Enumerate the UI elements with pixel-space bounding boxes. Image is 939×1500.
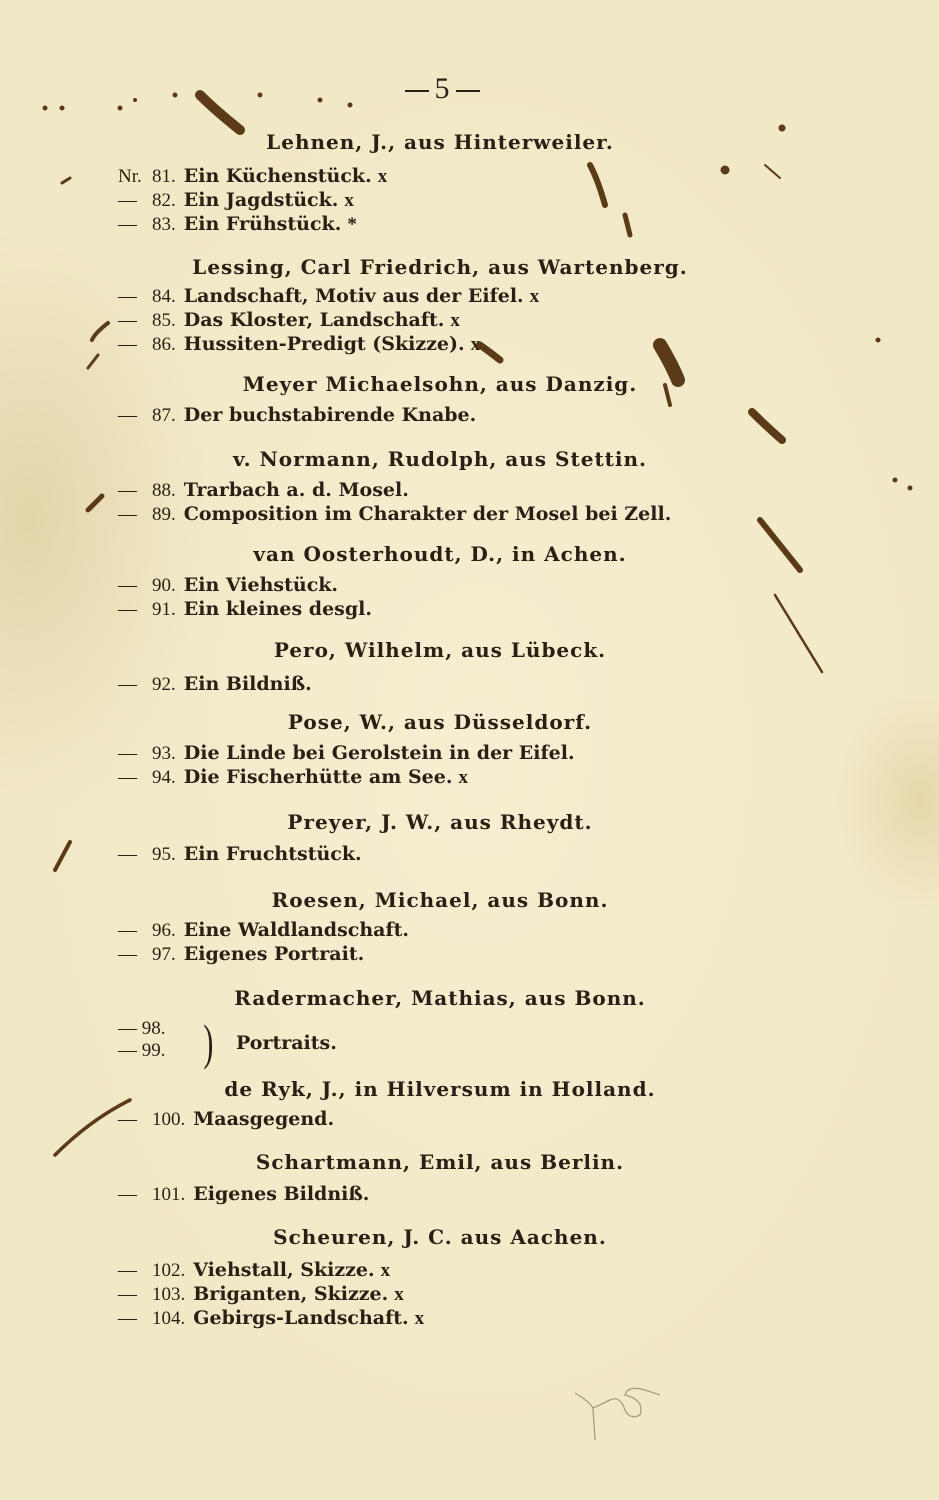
entry-number: 101. [152, 1184, 185, 1205]
entry-mark: x [381, 1260, 391, 1281]
entry-title: Das Kloster, Landschaft. [184, 309, 445, 331]
entry-prefix: — [118, 190, 152, 212]
catalog-entry: —91.Ein kleines desgl. [118, 598, 372, 621]
entry-mark: x [344, 190, 354, 211]
entry-title: Ein Jagdstück. [184, 189, 339, 211]
artist-heading: Schartmann, Emil, aus Berlin. [120, 1150, 760, 1174]
artist-heading: Pose, W., aus Düsseldorf. [120, 710, 760, 734]
entry-title: Trarbach a. d. Mosel. [184, 479, 409, 501]
entry-prefix: — [118, 1284, 152, 1306]
entry-number: 95. [152, 844, 176, 865]
entry-prefix: — [118, 1109, 152, 1131]
artist-heading: de Ryk, J., in Hilversum in Holland. [120, 1077, 760, 1101]
entry-mark: x [394, 1284, 404, 1305]
entry-prefix: — [118, 1184, 152, 1206]
entry-number: 100. [152, 1109, 185, 1130]
entry-number: 102. [152, 1260, 185, 1281]
catalog-entry: Nr.81.Ein Küchenstück.x [118, 165, 387, 188]
catalog-entry: —103.Briganten, Skizze.x [118, 1283, 404, 1306]
entry-title: Landschaft, Motiv aus der Eifel. [184, 285, 524, 307]
entry-mark: x [450, 310, 460, 331]
entry-number: 84. [152, 286, 176, 307]
entry-prefix: — [118, 1260, 152, 1282]
catalog-entry: —96.Eine Waldlandschaft. [118, 919, 409, 942]
entry-title: Hussiten-Predigt (Skizze). [184, 333, 465, 355]
entry-number: 88. [152, 480, 176, 501]
entry-number: 82. [152, 190, 176, 211]
entry-title: Viehstall, Skizze. [193, 1259, 374, 1281]
artist-heading: Lessing, Carl Friedrich, aus Wartenberg. [120, 255, 760, 279]
entry-prefix: — [118, 920, 152, 942]
artist-heading: van Oosterhoudt, D., in Achen. [120, 542, 760, 566]
entry-prefix: — [118, 310, 152, 332]
entry-mark: x [415, 1308, 425, 1329]
entry-number: 81. [152, 166, 176, 187]
entry-title: Eigenes Bildniß. [193, 1183, 369, 1205]
dash [405, 90, 429, 92]
catalog-entry: —85.Das Kloster, Landschaft.x [118, 309, 460, 332]
catalog-entry: —95.Ein Fruchtstück. [118, 843, 362, 866]
right-brace-icon: ) [203, 1014, 213, 1070]
page-number-value: 5 [435, 72, 450, 105]
artist-heading: Meyer Michaelsohn, aus Danzig. [120, 372, 760, 396]
entry-prefix: — [118, 767, 152, 789]
entry-number: — 99. [118, 1040, 166, 1062]
entry-number: 91. [152, 599, 176, 620]
catalog-entry: —86.Hussiten-Predigt (Skizze).x [118, 333, 480, 356]
entry-mark: x [530, 286, 540, 307]
entry-prefix: — [118, 334, 152, 356]
artist-heading: Pero, Wilhelm, aus Lübeck. [120, 638, 760, 662]
entry-prefix: — [118, 743, 152, 765]
entry-number: 92. [152, 674, 176, 695]
catalog-entry: —88.Trarbach a. d. Mosel. [118, 479, 409, 502]
catalog-entry: —82.Ein Jagdstück.x [118, 189, 354, 212]
entry-mark: x [378, 166, 388, 187]
entry-title: Die Fischerhütte am See. [184, 766, 453, 788]
entry-mark: x [458, 767, 468, 788]
entry-title: Maasgegend. [193, 1108, 334, 1130]
entry-title: Composition im Charakter der Mosel bei Z… [184, 503, 672, 525]
entry-prefix: — [118, 1308, 152, 1330]
entry-prefix: — [118, 405, 152, 427]
entry-prefix: — [118, 944, 152, 966]
catalog-entry: —94.Die Fischerhütte am See.x [118, 766, 468, 789]
artist-heading: v. Normann, Rudolph, aus Stettin. [120, 447, 760, 471]
entry-title: Ein Viehstück. [184, 574, 338, 596]
catalog-entry: —84.Landschaft, Motiv aus der Eifel.x [118, 285, 539, 308]
entry-mark: x [471, 334, 481, 355]
catalog-page: 5 Lehnen, J., aus Hinterweiler. Nr.81.Ei… [0, 0, 939, 1500]
dash [456, 90, 480, 92]
entry-prefix: Nr. [118, 166, 152, 188]
artist-heading: Roesen, Michael, aus Bonn. [120, 888, 760, 912]
entry-number: 87. [152, 405, 176, 426]
catalog-entry: —101.Eigenes Bildniß. [118, 1183, 369, 1206]
entry-number: 94. [152, 767, 176, 788]
entry-prefix: — [118, 674, 152, 696]
entry-title: Ein Bildniß. [184, 673, 312, 695]
artist-heading: Preyer, J. W., aus Rheydt. [120, 810, 760, 834]
entry-number: 85. [152, 310, 176, 331]
entry-prefix: — [118, 599, 152, 621]
entry-number: 83. [152, 214, 176, 235]
entry-number: 90. [152, 575, 176, 596]
entry-number: — 98. [118, 1018, 166, 1040]
artist-heading: Radermacher, Mathias, aus Bonn. [120, 986, 760, 1010]
entry-prefix: — [118, 214, 152, 236]
entry-title: Ein kleines desgl. [184, 598, 372, 620]
entry-title: Ein Frühstück. [184, 213, 342, 235]
entry-number: 97. [152, 944, 176, 965]
entry-prefix: — [118, 480, 152, 502]
catalog-entry: —90.Ein Viehstück. [118, 574, 338, 597]
entry-title: Gebirgs-Landschaft. [193, 1307, 408, 1329]
catalog-entry: —89.Composition im Charakter der Mosel b… [118, 503, 671, 526]
entry-title: Die Linde bei Gerolstein in der Eifel. [184, 742, 575, 764]
entry-number: 96. [152, 920, 176, 941]
entry-title: Portraits. [236, 1032, 337, 1054]
entry-number: 103. [152, 1284, 185, 1305]
catalog-entry: —100.Maasgegend. [118, 1108, 334, 1131]
catalog-entry: —102.Viehstall, Skizze.x [118, 1259, 390, 1282]
bracket-numbers: — 98. — 99. [118, 1018, 166, 1062]
entry-title: Briganten, Skizze. [193, 1283, 388, 1305]
entry-title: Eigenes Portrait. [184, 943, 364, 965]
entry-number: 93. [152, 743, 176, 764]
entry-prefix: — [118, 504, 152, 526]
catalog-entry: —87.Der buchstabirende Knabe. [118, 404, 476, 427]
catalog-entry: —92.Ein Bildniß. [118, 673, 312, 696]
entry-number: 89. [152, 504, 176, 525]
catalog-entry: —104.Gebirgs-Landschaft.x [118, 1307, 424, 1330]
entry-prefix: — [118, 844, 152, 866]
artist-heading: Lehnen, J., aus Hinterweiler. [120, 130, 760, 154]
entry-title: Ein Fruchtstück. [184, 843, 362, 865]
entry-title: Eine Waldlandschaft. [184, 919, 409, 941]
catalog-entry: —83.Ein Frühstück.* [118, 213, 357, 236]
entry-number: 104. [152, 1308, 185, 1329]
entry-number: 86. [152, 334, 176, 355]
entry-title: Der buchstabirende Knabe. [184, 404, 477, 426]
entry-mark: * [347, 214, 357, 235]
entry-prefix: — [118, 575, 152, 597]
artist-heading: Scheuren, J. C. aus Aachen. [120, 1225, 760, 1249]
entry-prefix: — [118, 286, 152, 308]
entry-title: Ein Küchenstück. [184, 165, 372, 187]
catalog-entry: —97.Eigenes Portrait. [118, 943, 364, 966]
page-number: 5 [392, 72, 492, 106]
catalog-entry: —93.Die Linde bei Gerolstein in der Eife… [118, 742, 575, 765]
